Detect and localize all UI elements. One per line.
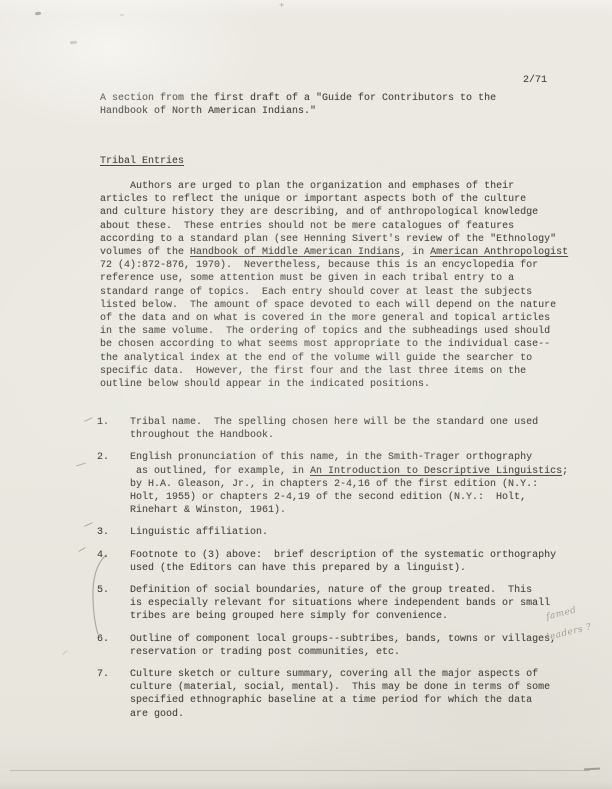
underlined-text: Handbook of Middle American Indians [190, 247, 400, 258]
pencil-note-line: leaders ? [546, 619, 608, 643]
section-heading: Tribal Entries [100, 155, 184, 168]
text-line: about these. These entries should not be… [100, 220, 568, 233]
text-line: Footnote to (3) above: brief description… [130, 549, 597, 562]
text-segment: A section from the first draft of a "Gui… [100, 93, 496, 104]
text-line: Outline of component local groups--subtr… [130, 633, 597, 646]
text-segment: reference use, some attention must be gi… [100, 273, 514, 284]
item-number: 2. [97, 451, 109, 464]
page-number: 2/71 [523, 74, 547, 87]
text-segment: the analytical index at the end of the v… [100, 353, 532, 364]
text-line: articles to reflect the unique or import… [100, 193, 568, 206]
text-segment: Handbook of North American Indians." [100, 106, 316, 117]
text-line: throughout the Handbook. [130, 429, 597, 442]
paper-edge-line [10, 770, 590, 771]
text-segment: in the same volume. The ordering of topi… [100, 326, 550, 337]
text-line: Culture sketch or culture summary, cover… [130, 668, 597, 681]
text-line: standard range of topics. Each entry sho… [100, 286, 568, 299]
text-line: volumes of the Handbook of Middle Americ… [100, 246, 568, 259]
text-line: specified ethnographic baseline at a tim… [130, 694, 597, 707]
list-item: 2.English pronunciation of this name, in… [97, 451, 597, 517]
text-line: 72 (4):872-876, 1970). Nevertheless, bec… [100, 259, 568, 272]
text-line: are good. [130, 708, 597, 721]
text-segment: specific data. However, the first four a… [100, 366, 526, 377]
text-line: Tribal name. The spelling chosen here wi… [130, 416, 597, 429]
text-line: in the same volume. The ordering of topi… [100, 325, 568, 338]
text-segment: by H.A. Gleason, Jr., in chapters 2-4,16… [130, 479, 538, 490]
list-item: 5.Definition of social boundaries, natur… [97, 584, 597, 624]
paper-speck [288, 108, 291, 110]
pencil-tick-mark [84, 522, 93, 527]
text-line: specific data. However, the first four a… [100, 365, 568, 378]
item-number: 7. [97, 668, 109, 681]
text-segment: Rinehart & Winston, 1961). [130, 505, 286, 516]
text-line: Handbook of North American Indians." [100, 105, 496, 118]
text-segment: articles to reflect the unique or import… [100, 194, 526, 205]
pencil-note-line: famed [545, 605, 577, 622]
text-line: reference use, some attention must be gi… [100, 272, 568, 285]
text-segment: standard range of topics. Each entry sho… [100, 287, 532, 298]
registration-plus-mark: + [279, 1, 284, 11]
intro-text: A section from the first draft of a "Gui… [100, 92, 496, 118]
text-segment: tribes are being grouped here simply for… [130, 611, 448, 622]
text-line: Rinehart & Winston, 1961). [130, 504, 597, 517]
topic-list: 1.Tribal name. The spelling chosen here … [97, 416, 597, 730]
text-line: Linguistic affiliation. [130, 526, 597, 539]
paper-speck [120, 14, 124, 16]
text-line: of the data and on what is covered in th… [100, 312, 568, 325]
text-segment: are good. [130, 709, 184, 720]
text-segment: 72 (4):872-876, 1970). Nevertheless, bec… [100, 260, 538, 271]
text-segment: be chosen according to what seems most a… [100, 339, 550, 350]
text-segment: outline below should appear in the indic… [100, 379, 430, 390]
text-line: tribes are being grouped here simply for… [130, 610, 597, 623]
list-item: 6.Outline of component local groups--sub… [97, 633, 597, 659]
text-segment: throughout the Handbook. [130, 430, 274, 441]
text-segment: English pronunciation of this name, in t… [130, 452, 532, 463]
text-segment: Tribal name. The spelling chosen here wi… [130, 417, 538, 428]
item-number: 1. [97, 416, 109, 429]
pencil-tick-mark [62, 650, 67, 655]
text-segment: according to a standard plan (see Hennin… [100, 234, 556, 245]
text-line: Authors are urged to plan the organizati… [100, 180, 568, 193]
text-segment: specified ethnographic baseline at a tim… [130, 695, 532, 706]
paper-edge-mark [584, 768, 600, 770]
text-line: be chosen according to what seems most a… [100, 338, 568, 351]
list-item: 7.Culture sketch or culture summary, cov… [97, 668, 597, 721]
text-line: and culture history they are describing,… [100, 206, 568, 219]
paper-speck [35, 12, 41, 16]
text-segment: , in [400, 247, 430, 258]
pencil-tick-mark [78, 547, 86, 552]
text-line: Definition of social boundaries, nature … [130, 584, 597, 597]
text-line: outline below should appear in the indic… [100, 378, 568, 391]
text-line: according to a standard plan (see Hennin… [100, 233, 568, 246]
text-segment: Authors are urged to plan the organizati… [100, 181, 514, 192]
text-segment: volumes of the [100, 247, 190, 258]
scanned-typewritten-page: 2/71 A section from the first draft of a… [0, 0, 612, 789]
pencil-bracket-mark [90, 554, 108, 636]
text-line: is especially relevant for situations wh… [130, 597, 597, 610]
list-item: 3.Linguistic affiliation. [97, 526, 597, 539]
text-segment: Culture sketch or culture summary, cover… [130, 669, 538, 680]
list-item: 1.Tribal name. The spelling chosen here … [97, 416, 597, 442]
text-line: culture (material, social, mental). This… [130, 681, 597, 694]
text-segment: ; [562, 466, 568, 477]
text-line: A section from the first draft of a "Gui… [100, 92, 496, 105]
body-paragraph: Authors are urged to plan the organizati… [100, 180, 568, 391]
text-segment: Outline of component local groups--subtr… [130, 634, 556, 645]
text-line: the analytical index at the end of the v… [100, 352, 568, 365]
text-line: by H.A. Gleason, Jr., in chapters 2-4,16… [130, 478, 597, 491]
text-line: as outlined, for example, in An Introduc… [130, 465, 597, 478]
text-segment: Footnote to (3) above: brief description… [130, 550, 556, 561]
text-segment: about these. These entries should not be… [100, 221, 514, 232]
text-segment: Holt, 1955) or chapters 2-4,19 of the se… [130, 492, 526, 503]
text-line: listed below. The amount of space devote… [100, 299, 568, 312]
text-segment: and culture history they are describing,… [100, 207, 538, 218]
text-segment: used (the Editors can have this prepared… [130, 563, 466, 574]
underlined-text: An Introduction to Descriptive Linguisti… [310, 466, 562, 477]
item-number: 3. [97, 526, 109, 539]
text-segment: Definition of social boundaries, nature … [130, 585, 532, 596]
paper-speck [70, 41, 77, 45]
text-line: reservation or trading post communities,… [130, 646, 597, 659]
text-segment: culture (material, social, mental). This… [130, 682, 550, 693]
text-segment: listed below. The amount of space devote… [100, 300, 556, 311]
text-line: Holt, 1955) or chapters 2-4,19 of the se… [130, 491, 597, 504]
underlined-text: American Anthropologist [430, 247, 568, 258]
text-segment: is especially relevant for situations wh… [130, 598, 550, 609]
pencil-tick-mark [76, 462, 86, 466]
text-segment: as outlined, for example, in [130, 466, 310, 477]
list-item: 4.Footnote to (3) above: brief descripti… [97, 549, 597, 575]
text-line: used (the Editors can have this prepared… [130, 562, 597, 575]
text-line: English pronunciation of this name, in t… [130, 451, 597, 464]
text-segment: Linguistic affiliation. [130, 527, 268, 538]
pencil-tick-mark [84, 417, 93, 422]
text-segment: reservation or trading post communities,… [130, 647, 400, 658]
text-segment: of the data and on what is covered in th… [100, 313, 550, 324]
